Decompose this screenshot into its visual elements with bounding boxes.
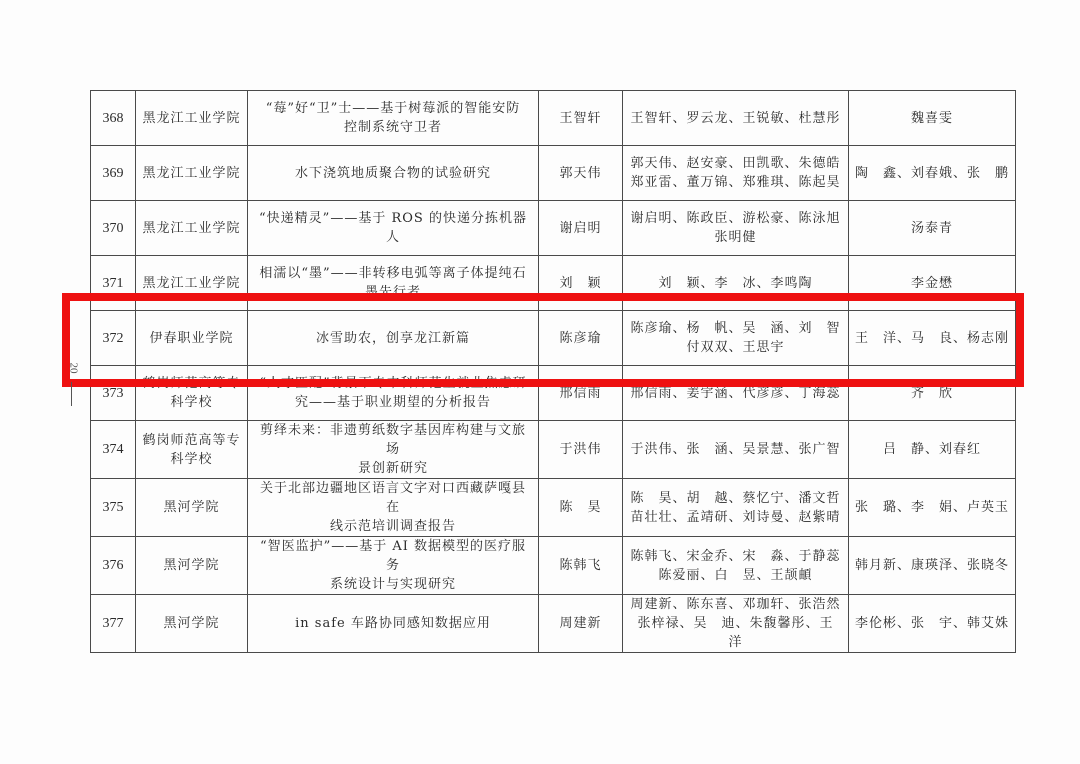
team-members: 周建新、陈东喜、邓珈轩、张浩然 张梓禄、吴 迪、朱馥馨彤、王 洋 — [623, 595, 849, 653]
team-members: 郭天伟、赵安豪、田凯歌、朱德皓 郑亚雷、董万锦、郑雅琪、陈起昊 — [623, 146, 849, 201]
project-leader: 王智轩 — [539, 91, 623, 146]
row-number: 373 — [91, 366, 136, 421]
table-row: 372伊春职业学院冰雪助农，创享龙江新篇陈彦瑜陈彦瑜、杨 帆、吴 涵、刘 智 付… — [91, 311, 1016, 366]
school-name: 黑河学院 — [136, 537, 248, 595]
advisors: 陶 鑫、刘春娥、张 鹏 — [849, 146, 1016, 201]
project-leader: 周建新 — [539, 595, 623, 653]
project-title: “快递精灵”——基于 ROS 的快递分拣机器人 — [248, 201, 539, 256]
advisors: 王 洋、马 良、杨志刚 — [849, 311, 1016, 366]
project-title: “莓”好“卫”士——基于树莓派的智能安防 控制系统守卫者 — [248, 91, 539, 146]
table-row: 377黑河学院in safe 车路协同感知数据应用周建新周建新、陈东喜、邓珈轩、… — [91, 595, 1016, 653]
project-leader: 陈韩飞 — [539, 537, 623, 595]
row-number: 375 — [91, 479, 136, 537]
table-row: 370黑龙江工业学院“快递精灵”——基于 ROS 的快递分拣机器人谢启明谢启明、… — [91, 201, 1016, 256]
school-name: 黑河学院 — [136, 479, 248, 537]
row-number: 370 — [91, 201, 136, 256]
project-leader: 邢信雨 — [539, 366, 623, 421]
row-number: 371 — [91, 256, 136, 311]
project-leader: 于洪伟 — [539, 421, 623, 479]
team-members: 于洪伟、张 涵、吴景慧、张广智 — [623, 421, 849, 479]
project-title: 冰雪助农，创享龙江新篇 — [248, 311, 539, 366]
school-name: 黑龙江工业学院 — [136, 201, 248, 256]
project-title: 关于北部边疆地区语言文字对口西藏萨嘎县在 线示范培训调查报告 — [248, 479, 539, 537]
advisors: 李伦彬、张 宇、韩艾姝 — [849, 595, 1016, 653]
advisors: 汤泰青 — [849, 201, 1016, 256]
award-roster-table: 368黑龙江工业学院“莓”好“卫”士——基于树莓派的智能安防 控制系统守卫者王智… — [90, 90, 1016, 653]
margin-line — [71, 382, 72, 406]
row-number: 368 — [91, 91, 136, 146]
team-members: 陈 昊、胡 越、蔡忆宁、潘文哲 苗壮壮、孟靖研、刘诗曼、赵紫晴 — [623, 479, 849, 537]
project-title: 水下浇筑地质聚合物的试验研究 — [248, 146, 539, 201]
row-number: 369 — [91, 146, 136, 201]
school-name: 黑龙江工业学院 — [136, 256, 248, 311]
advisors: 韩月新、康瑛泽、张晓冬 — [849, 537, 1016, 595]
scanned-document-page: 368黑龙江工业学院“莓”好“卫”士——基于树莓派的智能安防 控制系统守卫者王智… — [0, 0, 1080, 764]
project-leader: 郭天伟 — [539, 146, 623, 201]
table-row: 376黑河学院“智医监护”——基于 AI 数据模型的医疗服务 系统设计与实现研究… — [91, 537, 1016, 595]
advisors: 张 璐、李 娟、卢英玉 — [849, 479, 1016, 537]
project-leader: 陈彦瑜 — [539, 311, 623, 366]
advisors: 吕 静、刘春红 — [849, 421, 1016, 479]
school-name: 鹤岗师范高等专 科学校 — [136, 421, 248, 479]
project-title: in safe 车路协同感知数据应用 — [248, 595, 539, 653]
row-number: 372 — [91, 311, 136, 366]
row-number: 374 — [91, 421, 136, 479]
table-row: 374鹤岗师范高等专 科学校剪绎未来：非遗剪纸数字基因库构建与文旅场 景创新研究… — [91, 421, 1016, 479]
team-members: 王智轩、罗云龙、王锐敏、杜慧彤 — [623, 91, 849, 146]
project-leader: 刘 颖 — [539, 256, 623, 311]
school-name: 伊春职业学院 — [136, 311, 248, 366]
team-members: 邢信雨、姜宇涵、代彦彦、丁海蕊 — [623, 366, 849, 421]
page-number-mark: 20 — [68, 363, 80, 374]
table-row: 369黑龙江工业学院水下浇筑地质聚合物的试验研究郭天伟郭天伟、赵安豪、田凯歌、朱… — [91, 146, 1016, 201]
school-name: 黑龙江工业学院 — [136, 91, 248, 146]
school-name: 鹤岗师范高等专 科学校 — [136, 366, 248, 421]
project-leader: 陈 昊 — [539, 479, 623, 537]
table-row: 368黑龙江工业学院“莓”好“卫”士——基于树莓派的智能安防 控制系统守卫者王智… — [91, 91, 1016, 146]
team-members: 刘 颖、李 冰、李鸣陶 — [623, 256, 849, 311]
table-row: 375黑河学院关于北部边疆地区语言文字对口西藏萨嘎县在 线示范培训调查报告陈 昊… — [91, 479, 1016, 537]
project-title: “人才匹配”背景下专本科师范生就业焦虑研 究——基于职业期望的分析报告 — [248, 366, 539, 421]
project-leader: 谢启明 — [539, 201, 623, 256]
school-name: 黑龙江工业学院 — [136, 146, 248, 201]
team-members: 谢启明、陈政臣、游松豪、陈泳旭 张明健 — [623, 201, 849, 256]
team-members: 陈韩飞、宋金乔、宋 淼、于静蕊 陈爱丽、白 昱、王颉頔 — [623, 537, 849, 595]
roster-body: 368黑龙江工业学院“莓”好“卫”士——基于树莓派的智能安防 控制系统守卫者王智… — [91, 91, 1016, 653]
advisors: 李金懋 — [849, 256, 1016, 311]
team-members: 陈彦瑜、杨 帆、吴 涵、刘 智 付双双、王思宇 — [623, 311, 849, 366]
table-row: 371黑龙江工业学院相濡以“墨”——非转移电弧等离子体提纯石 墨先行者刘 颖刘 … — [91, 256, 1016, 311]
row-number: 376 — [91, 537, 136, 595]
school-name: 黑河学院 — [136, 595, 248, 653]
advisors: 齐 欣 — [849, 366, 1016, 421]
project-title: 剪绎未来：非遗剪纸数字基因库构建与文旅场 景创新研究 — [248, 421, 539, 479]
advisors: 魏喜雯 — [849, 91, 1016, 146]
row-number: 377 — [91, 595, 136, 653]
project-title: 相濡以“墨”——非转移电弧等离子体提纯石 墨先行者 — [248, 256, 539, 311]
table-row: 373鹤岗师范高等专 科学校“人才匹配”背景下专本科师范生就业焦虑研 究——基于… — [91, 366, 1016, 421]
project-title: “智医监护”——基于 AI 数据模型的医疗服务 系统设计与实现研究 — [248, 537, 539, 595]
